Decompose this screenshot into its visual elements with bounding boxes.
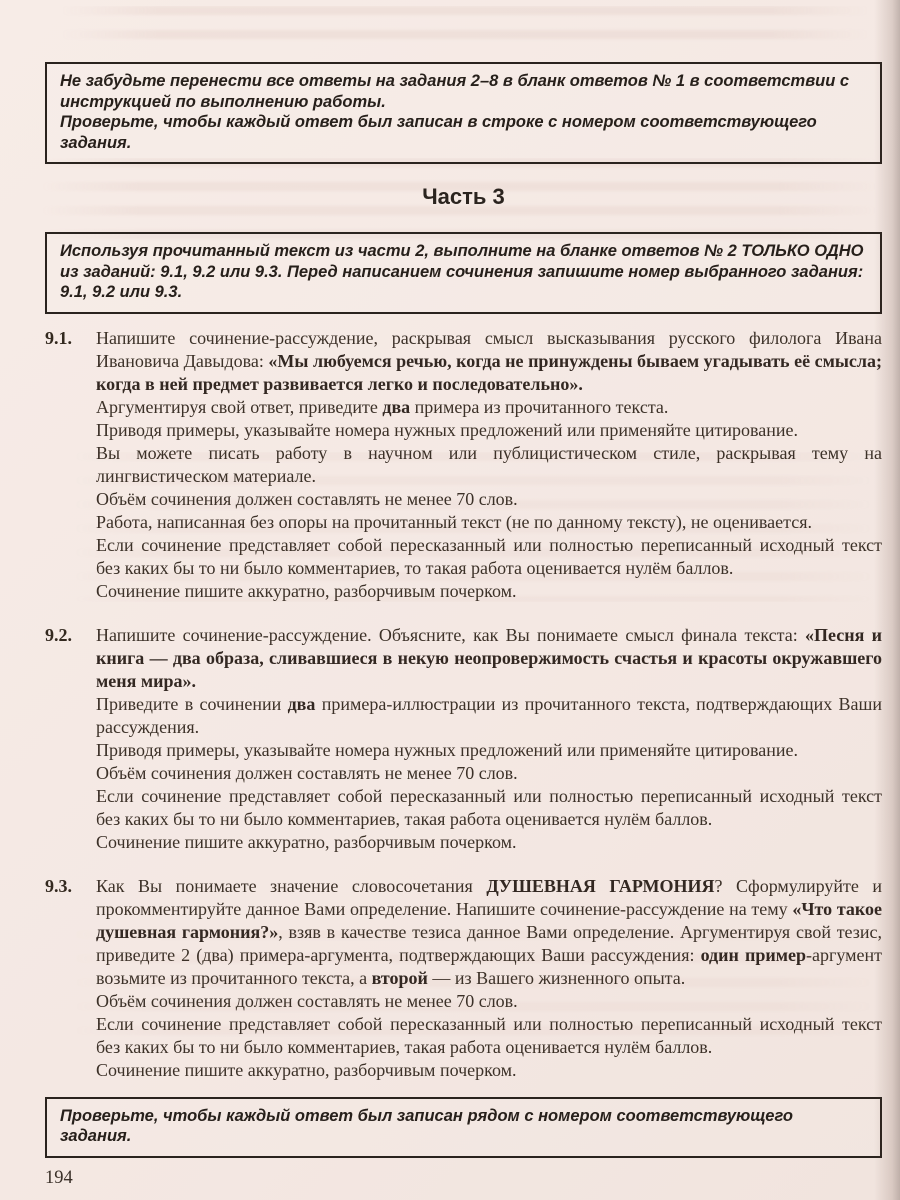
page-number: 194 xyxy=(45,1168,882,1189)
task-paragraph: Объём сочинения должен составлять не мен… xyxy=(96,990,882,1013)
task-paragraph: Если сочинение представляет собой переск… xyxy=(96,785,882,831)
task-9-1: 9.1. Напишите сочинение-рассуждение, рас… xyxy=(45,327,882,603)
task-paragraph: Аргументируя свой ответ, приведите два п… xyxy=(96,396,882,419)
task-9-2: 9.2. Напишите сочинение-рассуждение. Объ… xyxy=(45,624,882,854)
task-number: 9.1. xyxy=(45,327,96,350)
task-paragraph: Объём сочинения должен составлять не мен… xyxy=(96,762,882,785)
notice-line: Проверьте, чтобы каждый ответ был записа… xyxy=(60,112,867,153)
notice-check-answers: Проверьте, чтобы каждый ответ был записа… xyxy=(45,1097,882,1158)
task-paragraph: Приводя примеры, указывайте номера нужны… xyxy=(96,419,882,442)
task-text: Напишите сочинение-рассуждение. Объяснит… xyxy=(96,624,882,854)
task-number: 9.3. xyxy=(45,875,96,898)
task-paragraph: Сочинение пишите аккуратно, разборчивым … xyxy=(96,580,882,603)
task-text: Напишите сочинение-рассуждение, раскрыва… xyxy=(96,327,882,603)
task-paragraph: Объём сочинения должен составлять не мен… xyxy=(96,488,882,511)
task-paragraph: Если сочинение представляет собой переск… xyxy=(96,534,882,580)
page-content: Не забудьте перенести все ответы на зада… xyxy=(0,0,900,1189)
task-text: Как Вы понимаете значение словосочетания… xyxy=(96,875,882,1082)
notice-essay-instruction: Используя прочитанный текст из части 2, … xyxy=(45,232,882,314)
task-paragraph: Работа, написанная без опоры на прочитан… xyxy=(96,511,882,534)
notice-transfer-answers: Не забудьте перенести все ответы на зада… xyxy=(45,62,882,164)
task-paragraph: Как Вы понимаете значение словосочетания… xyxy=(96,875,882,990)
task-paragraph: Напишите сочинение-рассуждение, раскрыва… xyxy=(96,327,882,396)
task-number: 9.2. xyxy=(45,624,96,647)
task-paragraph: Сочинение пишите аккуратно, разборчивым … xyxy=(96,1059,882,1082)
task-paragraph: Напишите сочинение-рассуждение. Объяснит… xyxy=(96,624,882,693)
task-paragraph: Сочинение пишите аккуратно, разборчивым … xyxy=(96,831,882,854)
part-heading: Часть 3 xyxy=(45,184,882,210)
notice-line: Используя прочитанный текст из части 2, … xyxy=(60,241,867,303)
task-paragraph: Приводя примеры, указывайте номера нужны… xyxy=(96,739,882,762)
notice-line: Не забудьте перенести все ответы на зада… xyxy=(60,71,867,112)
notice-line: Проверьте, чтобы каждый ответ был записа… xyxy=(60,1106,867,1147)
task-9-3: 9.3. Как Вы понимаете значение словосоче… xyxy=(45,875,882,1082)
task-paragraph: Вы можете писать работу в научном или пу… xyxy=(96,442,882,488)
book-page: Не забудьте перенести все ответы на зада… xyxy=(0,0,900,1200)
task-paragraph: Приведите в сочинении два примера-иллюст… xyxy=(96,693,882,739)
task-paragraph: Если сочинение представляет собой переск… xyxy=(96,1013,882,1059)
